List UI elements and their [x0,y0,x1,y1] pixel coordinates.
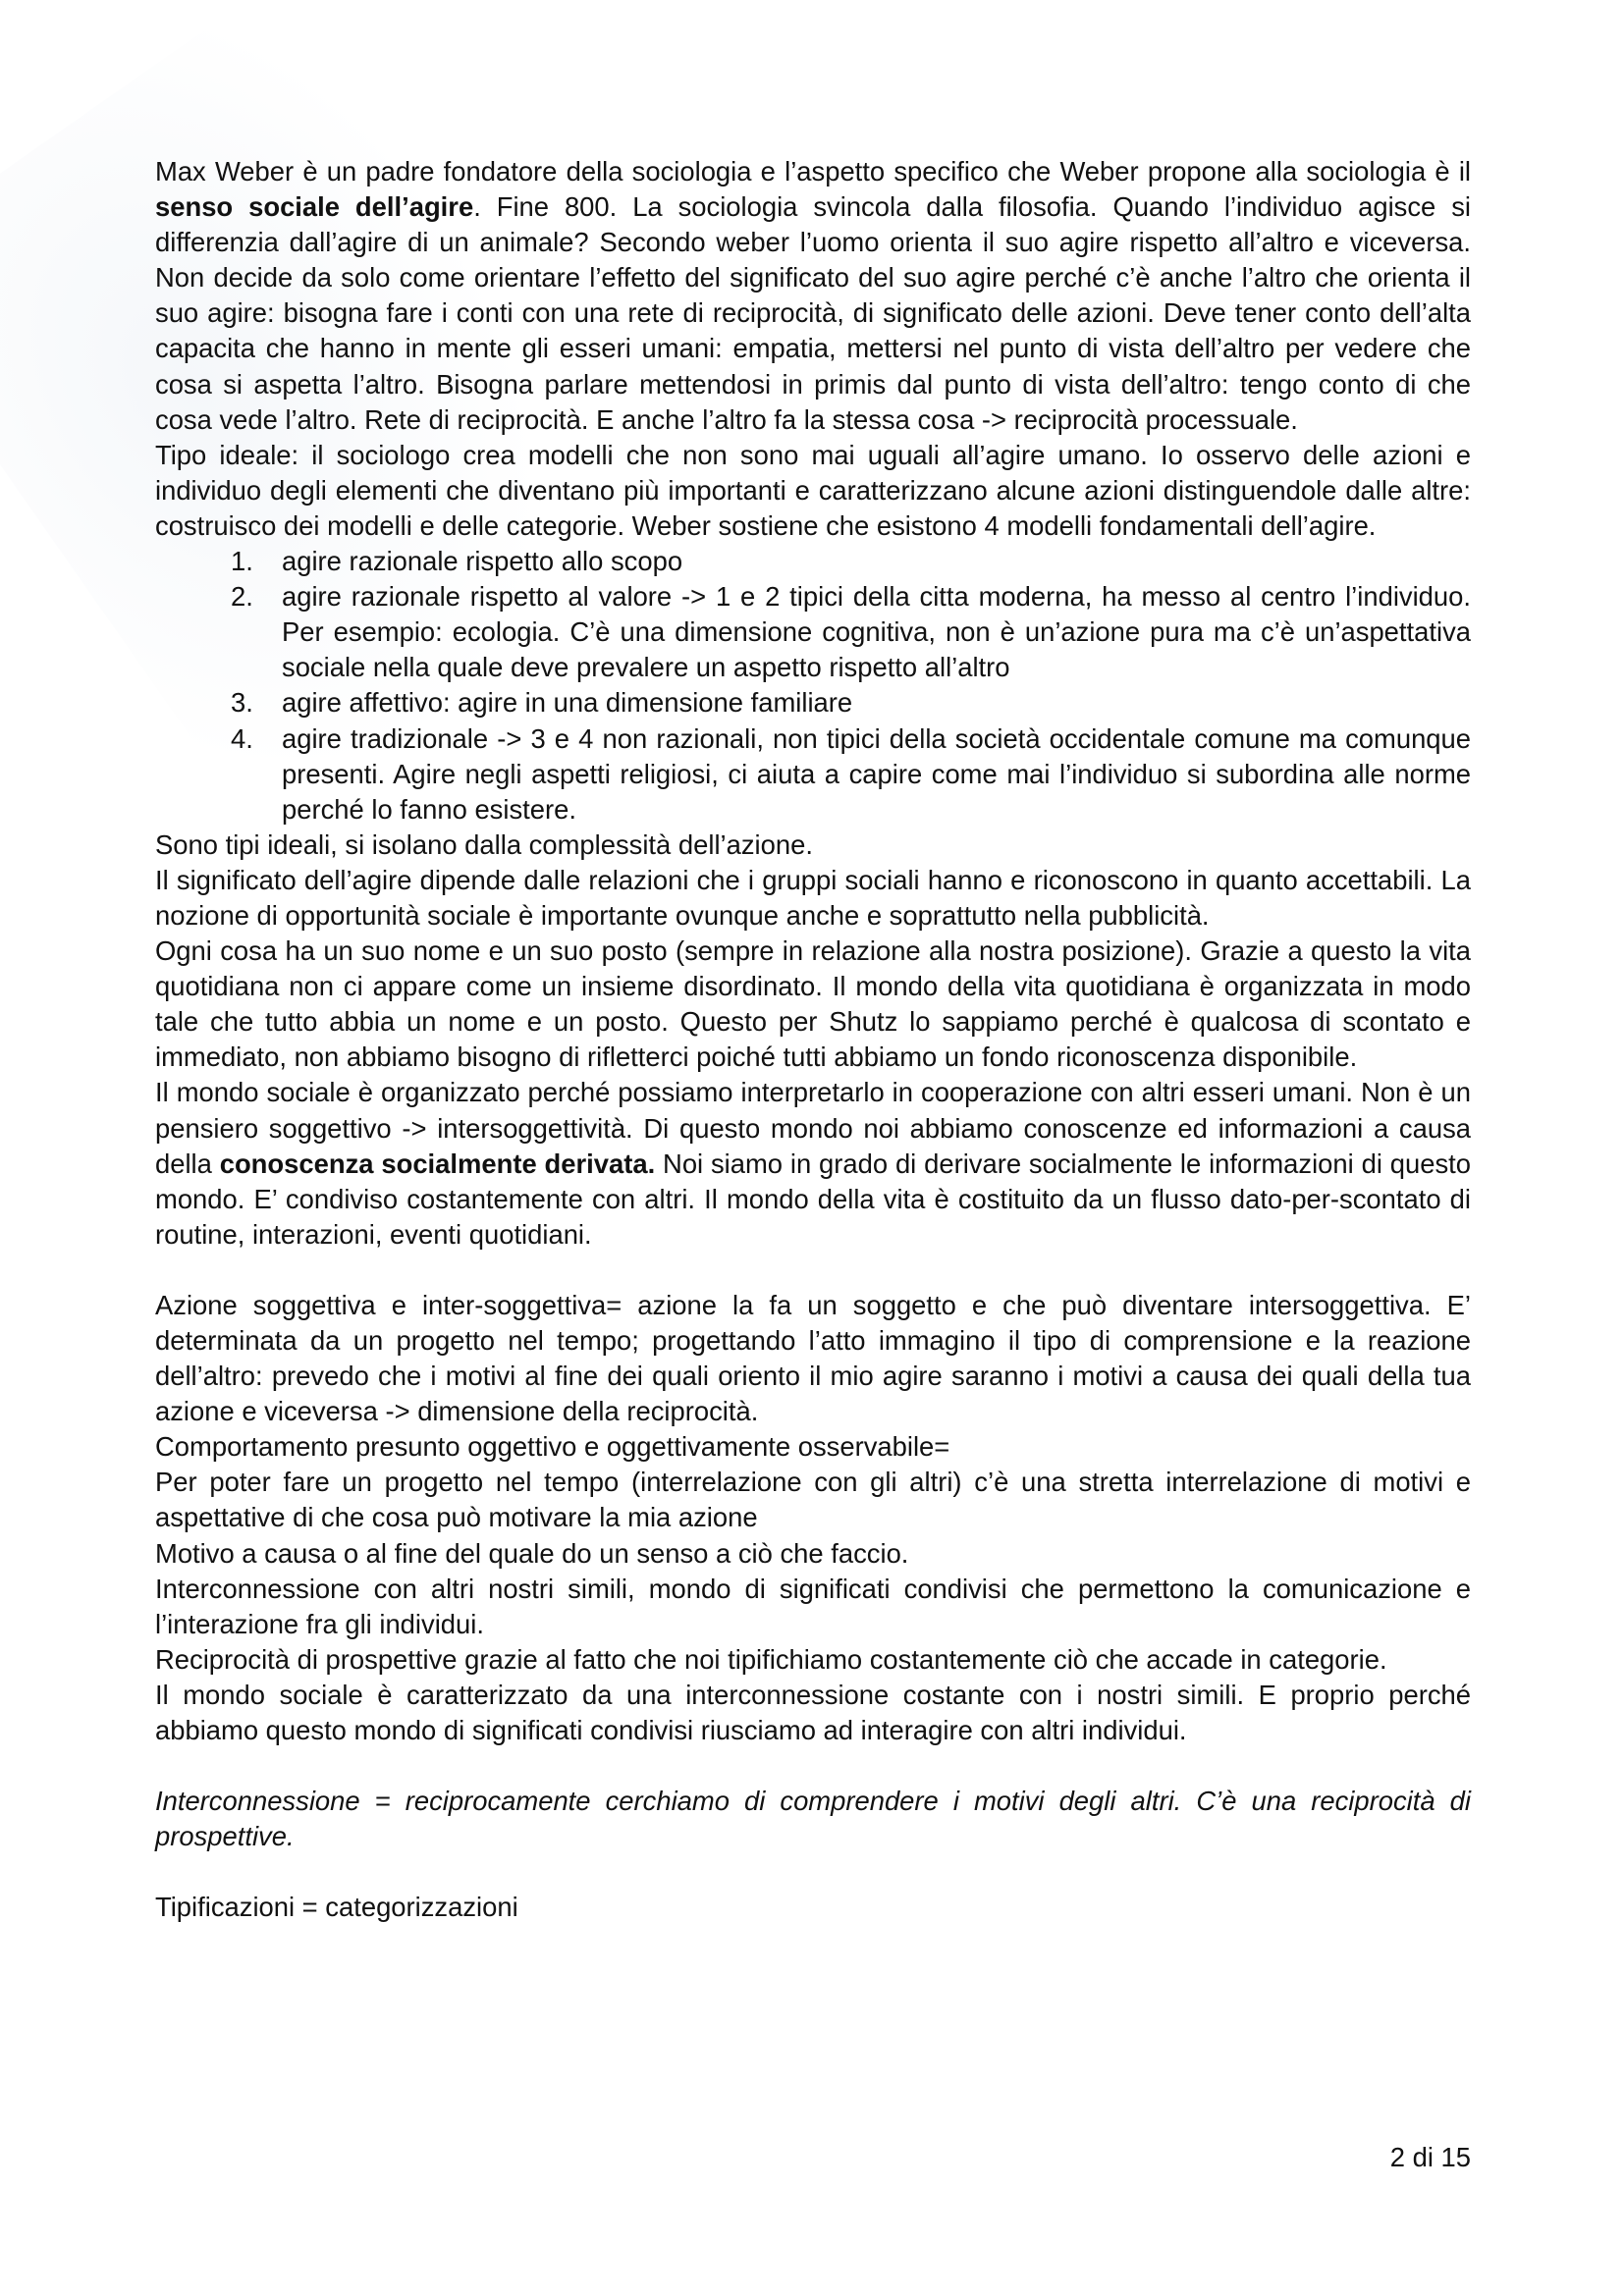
paragraph-comportamento: Comportamento presunto oggettivo e ogget… [155,1429,1471,1465]
document-body: Max Weber è un padre fondatore della soc… [155,154,1471,1925]
paragraph-motivo: Motivo a causa o al fine del quale do un… [155,1536,1471,1572]
paragraph-mondo-sociale: Il mondo sociale è organizzato perché po… [155,1075,1471,1252]
paragraph-tipo-ideale: Tipo ideale: il sociologo crea modelli c… [155,438,1471,544]
paragraph-progetto: Per poter fare un progetto nel tempo (in… [155,1465,1471,1535]
document-page: Max Weber è un padre fondatore della soc… [0,0,1624,2296]
list-item: 3.agire affettivo: agire in una dimensio… [282,685,1471,721]
bold-term-conoscenza: conoscenza socialmente derivata. [220,1148,655,1179]
list-text: agire razionale rispetto al valore -> 1 … [282,581,1471,682]
paragraph-weber-intro: Max Weber è un padre fondatore della soc… [155,154,1471,438]
list-item: 1.agire razionale rispetto allo scopo [282,544,1471,579]
list-item: 2.agire razionale rispetto al valore -> … [282,579,1471,685]
list-text: agire tradizionale -> 3 e 4 non razional… [282,723,1471,825]
list-number: 2. [231,579,253,614]
list-number: 3. [231,685,253,721]
spacer [155,1854,1471,1890]
paragraph-tipificazioni: Tipificazioni = categorizzazioni [155,1890,1471,1925]
text-span: . Fine 800. La sociologia svincola dalla… [155,191,1471,435]
paragraph-ogni-cosa: Ogni cosa ha un suo nome e un suo posto … [155,934,1471,1075]
list-text: agire razionale rispetto allo scopo [282,546,682,576]
page-number: 2 di 15 [1359,2142,1471,2173]
list-number: 1. [231,544,253,579]
paragraph-interconnessione-definition: Interconnessione = reciprocamente cerchi… [155,1784,1471,1854]
list-item: 4.agire tradizionale -> 3 e 4 non razion… [282,721,1471,828]
bold-term-senso-sociale: senso sociale dell’agire [155,191,473,222]
paragraph-azione-soggettiva: Azione soggettiva e inter-soggettiva= az… [155,1288,1471,1429]
paragraph-interconnessione: Interconnessione con altri nostri simili… [155,1572,1471,1642]
spacer [155,1748,1471,1784]
agire-types-list: 1.agire razionale rispetto allo scopo 2.… [155,544,1471,828]
list-text: agire affettivo: agire in una dimensione… [282,687,852,718]
paragraph-reciprocita: Reciprocità di prospettive grazie al fat… [155,1642,1471,1678]
text-span: Max Weber è un padre fondatore della soc… [155,156,1471,187]
paragraph-mondo-caratterizzato: Il mondo sociale è caratterizzato da una… [155,1678,1471,1748]
spacer [155,1253,1471,1288]
paragraph-tipi-ideali: Sono tipi ideali, si isolano dalla compl… [155,828,1471,863]
paragraph-significato-agire: Il significato dell’agire dipende dalle … [155,863,1471,934]
list-number: 4. [231,721,253,757]
